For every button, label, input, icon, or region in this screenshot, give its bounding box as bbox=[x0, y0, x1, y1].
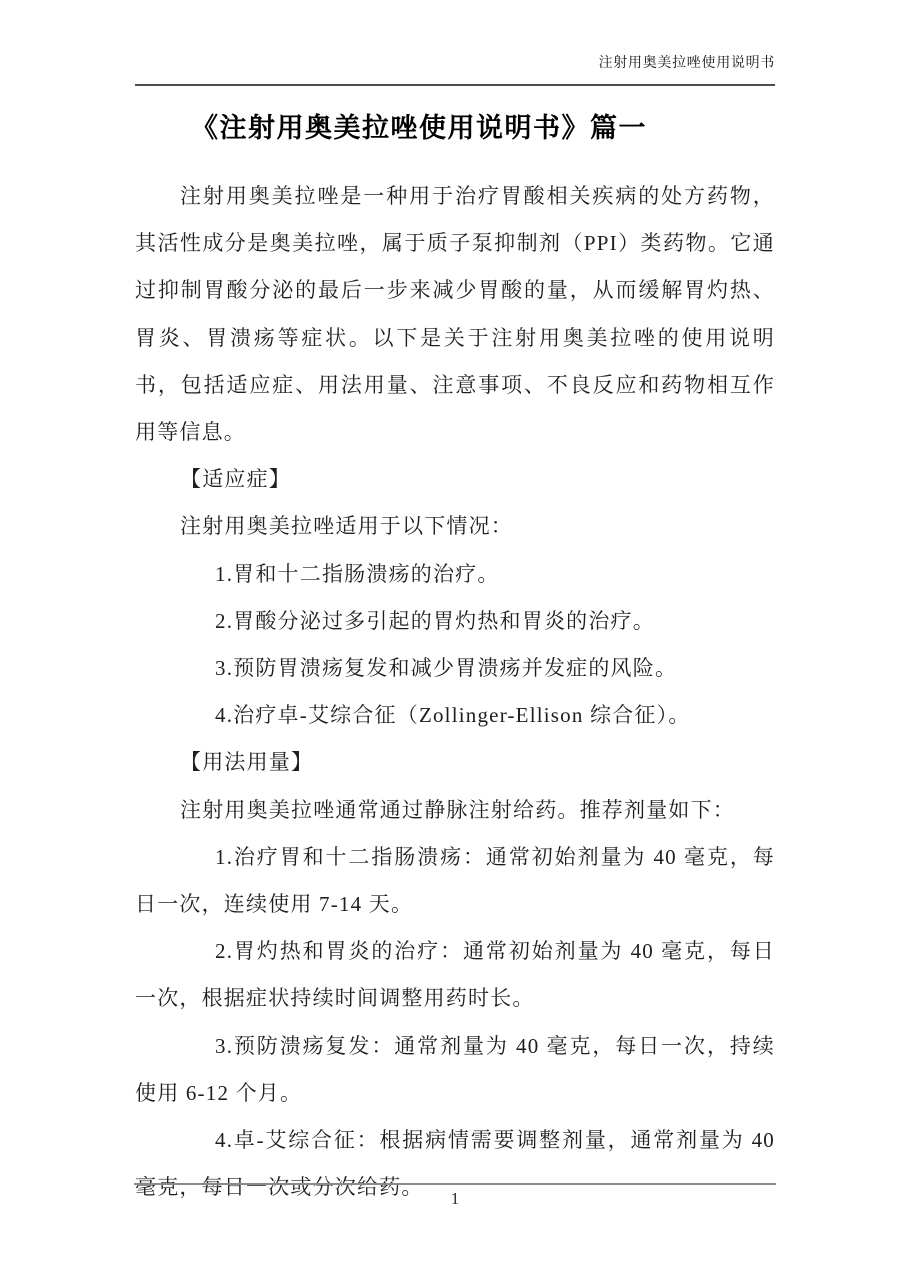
page-footer: 1 bbox=[134, 1183, 776, 1211]
list-item: 3.预防胃溃疡复发和减少胃溃疡并发症的风险。 bbox=[135, 645, 775, 692]
list-item: 3.预防溃疡复发：通常剂量为 40 毫克，每日一次，持续使用 6-12 个月。 bbox=[135, 1023, 775, 1117]
page-header: 注射用奥美拉唑使用说明书 bbox=[135, 0, 775, 86]
list-item: 1.胃和十二指肠溃疡的治疗。 bbox=[135, 551, 775, 598]
document-title: 《注射用奥美拉唑使用说明书》篇一 bbox=[135, 110, 775, 146]
running-head: 注射用奥美拉唑使用说明书 bbox=[135, 53, 775, 74]
list-item: 4.治疗卓-艾综合征（Zollinger-Ellison 综合征）。 bbox=[135, 692, 775, 739]
section-heading: 【适应症】 bbox=[135, 456, 775, 503]
paragraph: 注射用奥美拉唑是一种用于治疗胃酸相关疾病的处方药物，其活性成分是奥美拉唑，属于质… bbox=[135, 173, 775, 456]
list-item: 2.胃灼热和胃炎的治疗：通常初始剂量为 40 毫克，每日一次，根据症状持续时间调… bbox=[135, 928, 775, 1022]
paragraph: 注射用奥美拉唑适用于以下情况： bbox=[135, 503, 775, 550]
document-page: 注射用奥美拉唑使用说明书 《注射用奥美拉唑使用说明书》篇一 注射用奥美拉唑是一种… bbox=[0, 0, 905, 1280]
section-heading: 【用法用量】 bbox=[135, 739, 775, 786]
list-item: 1.治疗胃和十二指肠溃疡：通常初始剂量为 40 毫克，每日一次，连续使用 7-1… bbox=[135, 834, 775, 928]
document-body: 注射用奥美拉唑是一种用于治疗胃酸相关疾病的处方药物，其活性成分是奥美拉唑，属于质… bbox=[135, 173, 775, 1211]
paragraph: 注射用奥美拉唑通常通过静脉注射给药。推荐剂量如下： bbox=[135, 787, 775, 834]
list-item: 2.胃酸分泌过多引起的胃灼热和胃炎的治疗。 bbox=[135, 598, 775, 645]
page-number: 1 bbox=[134, 1185, 776, 1211]
